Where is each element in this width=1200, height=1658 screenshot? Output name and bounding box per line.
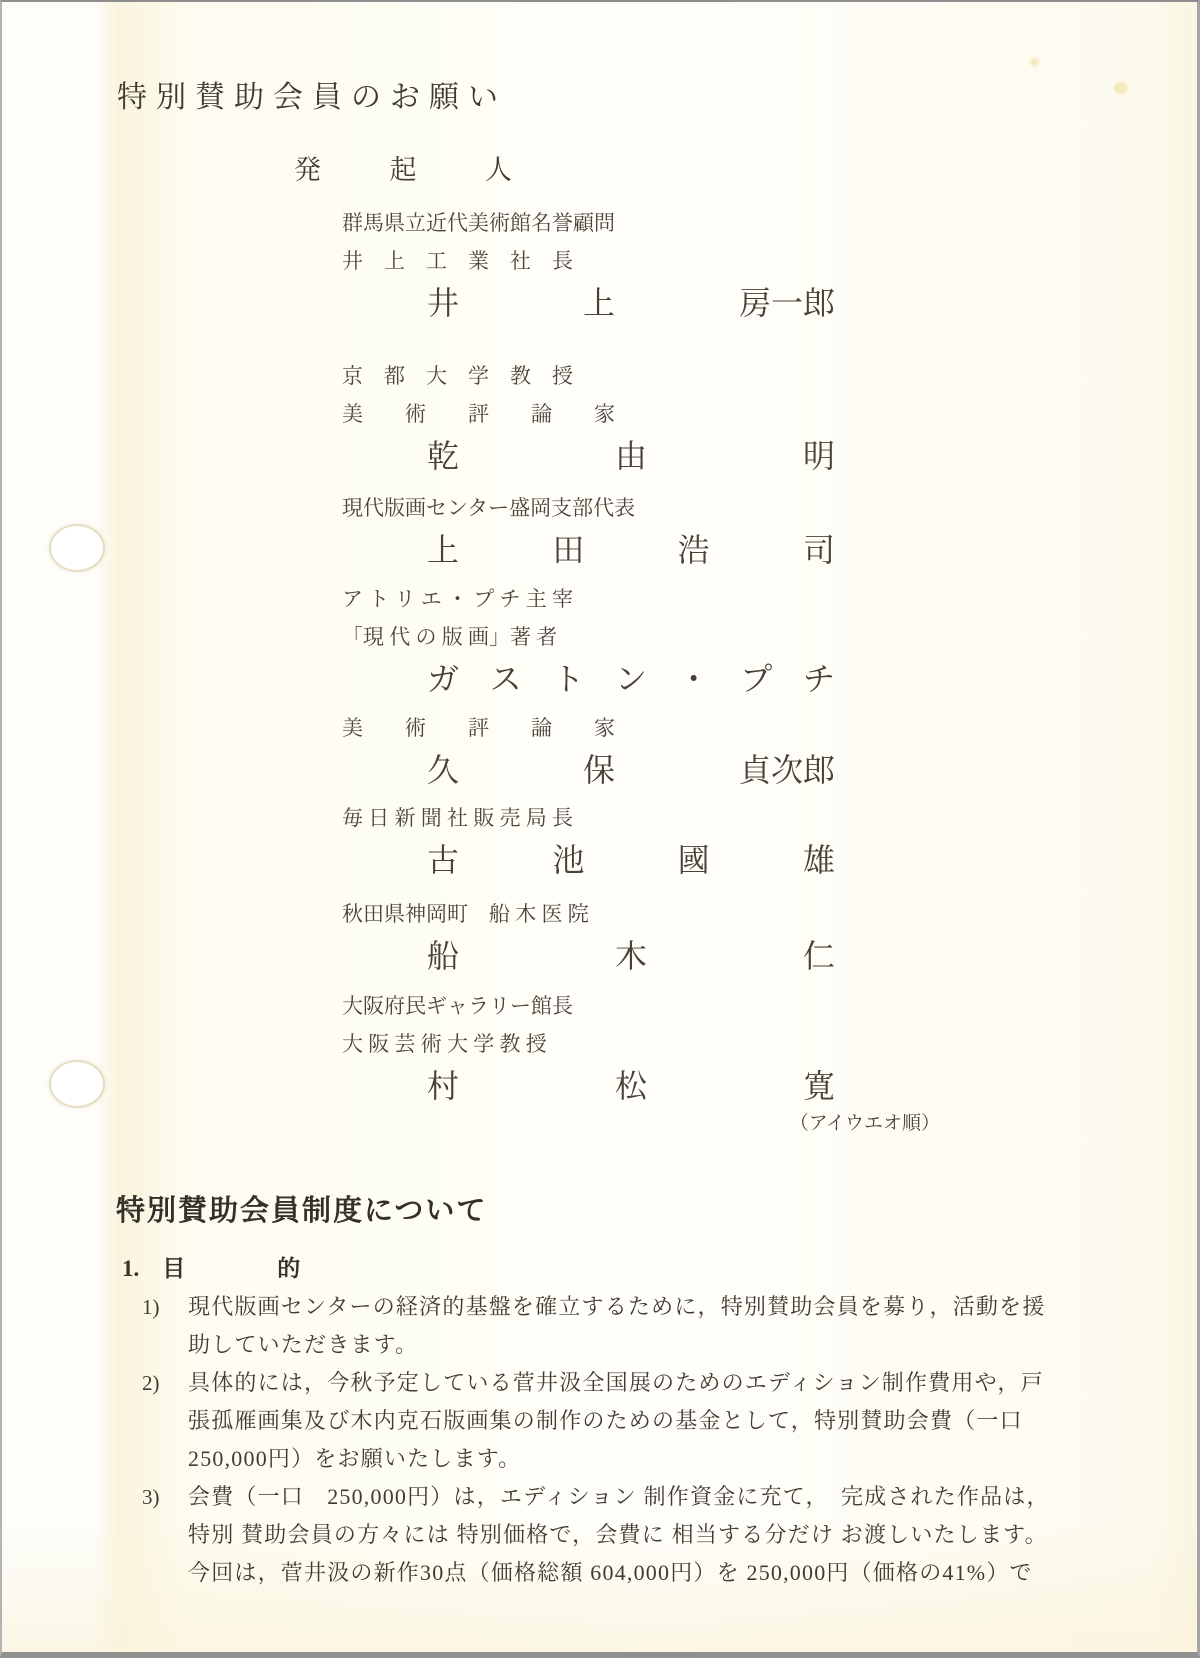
founder-role: 美 術 評 論 家	[342, 709, 942, 747]
founder-role: 大 阪 芸 術 大 学 教 授	[342, 1025, 942, 1063]
founder-name: ガストン・プチ	[427, 656, 835, 702]
document-page: 特別賛助会員のお願い 発起人 群馬県立近代美術館名誉顧問井 上 工 業 社 長井…	[0, 0, 1200, 1658]
founder-entry: 現代版画センター盛岡支部代表上田浩司	[342, 489, 942, 573]
founder-name: 乾由明	[427, 433, 835, 479]
promoters-heading-char: 人	[485, 148, 512, 187]
paper-speck	[1030, 58, 1039, 66]
founder-role: 毎 日 新 聞 社 販 売 局 長	[342, 799, 942, 837]
founder-entry: 秋田県神岡町 船 木 医 院船木仁	[342, 895, 942, 979]
founder-name-part: 村	[427, 1063, 459, 1109]
founder-name: 船木仁	[427, 933, 835, 979]
founder-name-part: 由	[615, 433, 647, 479]
paper-speck	[1114, 82, 1128, 94]
founder-name-part: チ	[803, 656, 835, 702]
founder-entry: 美 術 評 論 家久保貞次郎	[342, 709, 942, 793]
purpose-item-text: 会費（一口 250,000円）は，エディション 制作資金に充て， 完成された作品…	[188, 1478, 1112, 1592]
purpose-item: 1)現代版画センターの経済的基盤を確立するために，特別賛助会員を募り，活動を援 …	[142, 1288, 1112, 1364]
founder-name-part: 仁	[803, 933, 835, 979]
page-title: 特別賛助会員のお願い	[117, 72, 507, 116]
founder-name-part: 田	[552, 527, 584, 573]
founder-name-part: ・	[678, 656, 710, 702]
founder-entry: 毎 日 新 聞 社 販 売 局 長古池國雄	[342, 799, 942, 883]
order-note: （アイウエオ順）	[342, 1108, 940, 1135]
purpose-item: 3)会費（一口 250,000円）は，エディション 制作資金に充て， 完成された…	[142, 1478, 1112, 1592]
founder-name-part: 保	[583, 747, 615, 793]
purpose-item-text: 具体的には，今秋予定している菅井汲全国展のためのエディション制作費用や，戸 張孤…	[188, 1364, 1112, 1478]
founder-name-part: 上	[583, 280, 615, 326]
founder-name-part: 寛	[803, 1063, 835, 1109]
founder-name-part: ン	[615, 656, 647, 702]
founder-name-part: 上	[427, 527, 459, 573]
founder-role: 群馬県立近代美術館名誉顧問	[342, 204, 942, 242]
founder-name-part: 浩	[678, 527, 710, 573]
purpose-item-number: 1)	[142, 1288, 188, 1326]
founder-role: 井 上 工 業 社 長	[342, 242, 942, 280]
founder-name-part: 久	[427, 747, 459, 793]
founder-role: 現代版画センター盛岡支部代表	[342, 489, 942, 527]
founder-name-part: 松	[615, 1063, 647, 1109]
purpose-item-number: 2)	[142, 1364, 188, 1402]
founder-name-part: 國	[678, 837, 710, 883]
purpose-items-list: 1)現代版画センターの経済的基盤を確立するために，特別賛助会員を募り，活動を援 …	[142, 1288, 1112, 1592]
founder-name-part: 乾	[427, 433, 459, 479]
founder-name: 上田浩司	[427, 527, 835, 573]
founder-entry: ア ト リ エ ・ プ チ 主 宰「現 代 の 版 画」著 者ガストン・プチ	[342, 580, 942, 702]
section-heading: 特別賛助会員制度について	[116, 1188, 487, 1229]
founder-name-part: 船	[427, 933, 459, 979]
founder-entry: 群馬県立近代美術館名誉顧問井 上 工 業 社 長井上房一郎	[342, 204, 942, 326]
founder-name-part: 井	[427, 280, 459, 326]
founder-entry: 大阪府民ギャラリー館長大 阪 芸 術 大 学 教 授村松寛	[342, 987, 942, 1109]
founder-name-part: 明	[803, 433, 835, 479]
promoters-heading-char: 起	[390, 148, 417, 187]
founder-entry: 京 都 大 学 教 授美 術 評 論 家乾由明	[342, 357, 942, 479]
founder-name-part: 古	[427, 837, 459, 883]
founder-role: 京 都 大 学 教 授	[342, 357, 942, 395]
founder-role: ア ト リ エ ・ プ チ 主 宰	[342, 580, 942, 618]
founder-role: 大阪府民ギャラリー館長	[342, 987, 942, 1025]
promoters-heading-char: 発	[294, 148, 321, 187]
founder-name-part: 房一郎	[739, 280, 835, 326]
founder-name: 村松寛	[427, 1063, 835, 1109]
founder-name-part: ガ	[427, 656, 459, 702]
founder-name: 古池國雄	[427, 837, 835, 883]
founder-role: 「現 代 の 版 画」著 者	[342, 618, 942, 656]
founder-name-part: 雄	[803, 837, 835, 883]
founder-name: 久保貞次郎	[427, 747, 835, 793]
founder-role: 秋田県神岡町 船 木 医 院	[342, 895, 942, 933]
founder-name-part: プ	[740, 656, 772, 702]
purpose-title: 1. 目 的	[122, 1250, 300, 1283]
founder-name-part: 司	[803, 527, 835, 573]
founder-name-part: 木	[615, 933, 647, 979]
founder-name-part: ス	[490, 656, 522, 702]
founder-name-part: 池	[552, 837, 584, 883]
purpose-item-text: 現代版画センターの経済的基盤を確立するために，特別賛助会員を募り，活動を援 助し…	[188, 1288, 1112, 1364]
founder-name-part: ト	[552, 656, 584, 702]
promoters-heading: 発起人	[294, 148, 512, 187]
founder-name: 井上房一郎	[427, 280, 835, 326]
purpose-item: 2)具体的には，今秋予定している菅井汲全国展のためのエディション制作費用や，戸 …	[142, 1364, 1112, 1478]
founder-role: 美 術 評 論 家	[342, 395, 942, 433]
punch-hole	[49, 1060, 105, 1108]
founder-name-part: 貞次郎	[739, 747, 835, 793]
punch-hole	[49, 524, 105, 572]
purpose-item-number: 3)	[142, 1478, 188, 1516]
